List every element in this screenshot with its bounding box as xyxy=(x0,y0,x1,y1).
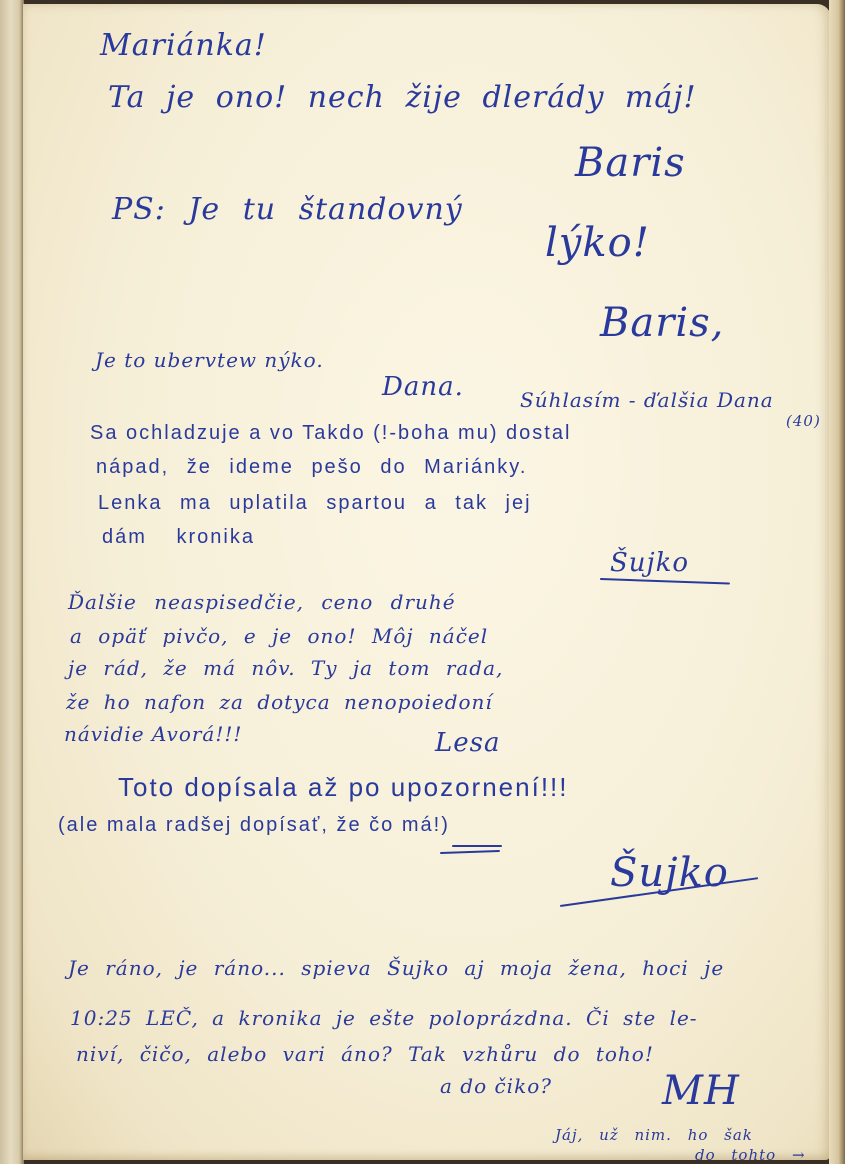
entry-8-line-2: 10:25 LEČ, a kronika je ešte poloprázdna… xyxy=(70,1006,698,1030)
entry-3-signature: Dana. xyxy=(382,372,464,402)
entry-2-signature: Baris, xyxy=(600,300,724,346)
entry-1-signature: Baris xyxy=(575,140,686,186)
notebook-binding xyxy=(0,0,24,1164)
entry-4-line-1: Súhlasím - ďalšia Dana xyxy=(520,388,774,412)
entry-6-line-1: Ďalšie neaspisedčie, ceno druhé xyxy=(68,590,456,614)
entry-5-signature: Šujko xyxy=(610,548,689,578)
entry-6-line-3: je rád, že má nôv. Ty ja tom rada, xyxy=(68,656,503,680)
entry-5-line-3: Lenka ma uplatila spartou a tak jej xyxy=(98,492,532,515)
entry-1-line-2: Ta je ono! nech žije dlerády máj! xyxy=(108,80,697,115)
entry-5-line-1: Sa ochladzuje a vo Takdo (!-boha mu) dos… xyxy=(90,422,571,445)
entry-9-line-2: do tohto → xyxy=(695,1146,806,1164)
entry-5-line-4: dám kronika xyxy=(102,526,255,549)
co-underline xyxy=(452,845,502,847)
entry-1-line-1: Mariánka! xyxy=(100,28,267,63)
entry-2-line-2: lýko! xyxy=(545,220,650,266)
entry-9-line-1: Jáj, už nim. ho šak xyxy=(555,1126,753,1144)
entry-8-signature: MH xyxy=(662,1068,740,1114)
entry-2-line-1: PS: Je tu štandovný xyxy=(112,192,463,227)
entry-6-line-2: a opäť pivčo, e je ono! Môj náčel xyxy=(70,624,488,648)
entry-4-line-2: (40) xyxy=(786,412,821,430)
entry-6-signature: Lesa xyxy=(435,728,501,758)
entry-8-line-1: Je ráno, je ráno... spieva Šujko aj moja… xyxy=(68,956,724,980)
entry-3-line-1: Je to ubervtew nýko. xyxy=(95,348,324,372)
entry-6-line-4: že ho nafon za dotyca nenopoiedoní xyxy=(66,690,493,714)
entry-5-line-2: nápad, že ideme pešo do Mariánky. xyxy=(96,456,527,479)
entry-6-line-5: návidie Avorá!!! xyxy=(64,722,242,746)
page-edge xyxy=(829,0,845,1164)
entry-8-line-4: a do čiko? xyxy=(440,1074,552,1098)
entry-7-line-1: Toto dopísala až po upozornení!!! xyxy=(118,772,569,803)
entry-7-line-2: (ale mala radšej dopísať, že čo má!) xyxy=(58,814,450,837)
entry-8-line-3: niví, čičo, alebo vari áno? Tak vzhůru d… xyxy=(76,1042,654,1066)
